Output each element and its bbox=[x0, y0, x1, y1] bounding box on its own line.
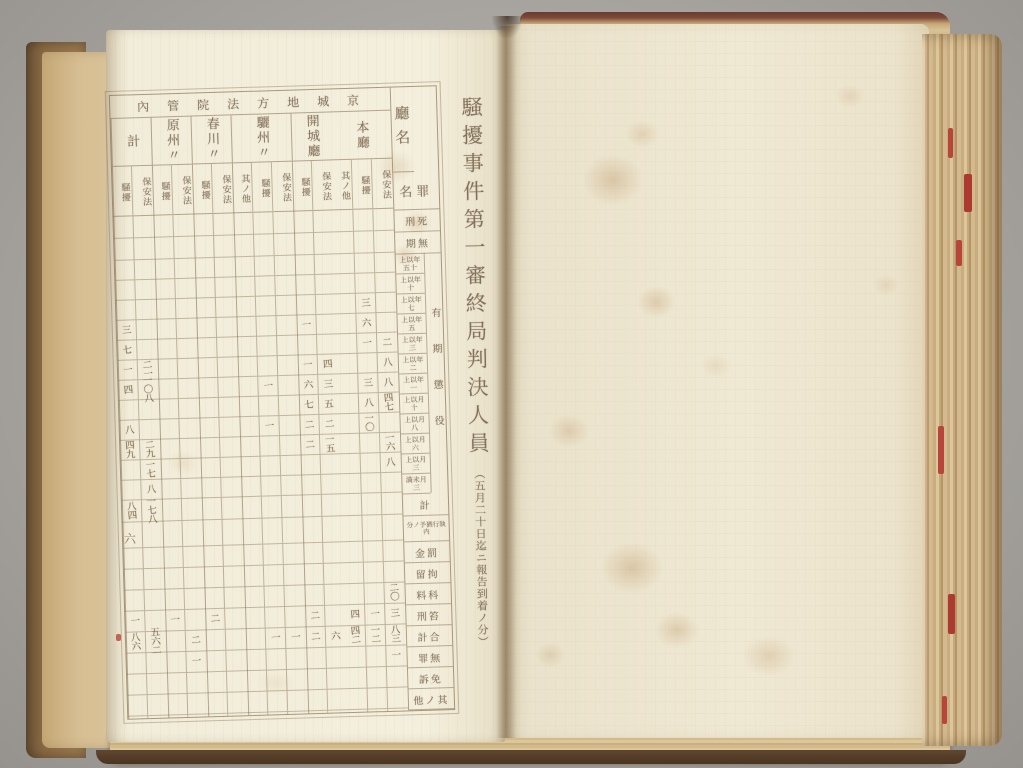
table-cell bbox=[265, 607, 285, 629]
cell-value: 五 bbox=[323, 399, 336, 409]
table-cell bbox=[137, 340, 158, 361]
table-cell bbox=[308, 690, 328, 712]
table-cell bbox=[162, 499, 182, 522]
table-cell bbox=[293, 211, 313, 234]
table-cell bbox=[382, 514, 403, 541]
table-cell bbox=[239, 397, 259, 418]
page-title-note: （五月二十日迄ニ報告到着ノ分） bbox=[471, 468, 491, 648]
table-cell bbox=[179, 398, 200, 419]
table-cell bbox=[373, 209, 394, 232]
table-cell bbox=[176, 319, 197, 340]
table-cell bbox=[215, 277, 236, 298]
crime-name: 其ノ他 bbox=[332, 160, 352, 211]
table-cell bbox=[314, 232, 335, 255]
table-cell bbox=[224, 566, 245, 588]
table-cell bbox=[344, 563, 364, 585]
cell-value: 二 bbox=[323, 419, 336, 429]
table-cell bbox=[203, 546, 223, 568]
table-cell bbox=[258, 356, 278, 377]
table-columns: 廳名名罪刑死期無上以年五十上以年十上以年七上以年五上以年三上以年二上以年一上以月… bbox=[110, 86, 454, 718]
table-cell bbox=[238, 377, 258, 398]
table-cell bbox=[226, 650, 247, 672]
table-cell bbox=[195, 278, 215, 299]
cell-value: 七 bbox=[121, 345, 134, 355]
table-cell bbox=[322, 516, 343, 543]
table-cell bbox=[374, 231, 395, 254]
foxing-stain bbox=[583, 154, 643, 206]
table-cell: 一 bbox=[165, 610, 185, 632]
table-cell: 二 bbox=[186, 630, 207, 652]
table-cell bbox=[121, 480, 141, 501]
spine-gutter-shadow bbox=[496, 26, 516, 738]
table-cell: 八 bbox=[119, 420, 139, 441]
table-cell bbox=[343, 542, 363, 564]
table-cell bbox=[154, 237, 174, 260]
table-cell bbox=[119, 400, 139, 421]
row-label-合計: 計合 bbox=[407, 625, 453, 647]
table-cell bbox=[216, 317, 237, 338]
table-cell bbox=[295, 275, 315, 296]
table-cell: 一五 bbox=[320, 434, 341, 455]
row-label-罰金: 金罰 bbox=[404, 541, 450, 563]
table-cell bbox=[168, 694, 188, 716]
cell-value: 一 bbox=[390, 651, 403, 661]
table-cell: 一 bbox=[258, 376, 278, 397]
cell-value: 八四 bbox=[125, 502, 138, 521]
table-cell bbox=[194, 236, 214, 259]
table-cell bbox=[214, 235, 235, 258]
table-cell: 二 bbox=[306, 627, 326, 649]
table-cell: 一〇 bbox=[359, 413, 379, 434]
table-cell bbox=[239, 417, 259, 438]
table-cell bbox=[267, 670, 287, 692]
table-cell bbox=[200, 438, 220, 459]
table-cell bbox=[334, 232, 354, 255]
table-data-area: 內管院法方地城京本廳保安法二八八四七一六八二〇三八三一騒擾三六一三八一〇一一二其… bbox=[110, 88, 408, 719]
cell-value: 一七八 bbox=[145, 496, 159, 524]
table-cell: 四 bbox=[345, 605, 365, 627]
cell-value: 一六 bbox=[384, 433, 397, 452]
table-cell: 二 bbox=[377, 333, 398, 354]
table-cell bbox=[276, 296, 297, 317]
table-cell bbox=[182, 498, 203, 521]
cell-value: 一 bbox=[290, 633, 303, 643]
table-cell bbox=[275, 256, 296, 277]
table-cell bbox=[134, 238, 155, 261]
table-cell: 八三 bbox=[386, 624, 407, 646]
table-cell bbox=[158, 359, 178, 380]
table-cell bbox=[202, 498, 222, 521]
table-cell bbox=[255, 276, 275, 297]
table-cell bbox=[207, 672, 227, 694]
table-cell: 八六 bbox=[126, 632, 146, 654]
red-edge-marker bbox=[948, 594, 955, 634]
table-cell: 二九 bbox=[140, 440, 161, 461]
table-cell bbox=[286, 648, 307, 670]
table-cell bbox=[244, 587, 264, 609]
red-edge-marker bbox=[964, 174, 972, 212]
row-label-三月以上: 上以月三 bbox=[402, 454, 431, 475]
row-label-三年以上: 上以年三 bbox=[398, 334, 427, 355]
table-cell bbox=[177, 338, 198, 359]
table-cell bbox=[316, 294, 337, 315]
red-edge-marker bbox=[942, 696, 947, 724]
table-cell bbox=[123, 548, 143, 570]
table-cell bbox=[282, 495, 303, 518]
table-cell bbox=[176, 299, 197, 320]
row-label-二年以上: 上以年二 bbox=[399, 354, 428, 375]
crime-name: 保安法 bbox=[212, 163, 233, 214]
table-cell: 一 bbox=[365, 604, 385, 626]
cell-value: 一〇 bbox=[362, 413, 375, 432]
table-cell bbox=[125, 590, 145, 612]
table-cell bbox=[264, 565, 284, 587]
page-number-note: 六 bbox=[124, 530, 136, 547]
table-cell bbox=[295, 255, 315, 276]
cell-value: 三 bbox=[359, 298, 372, 308]
cell-value: 一 bbox=[129, 616, 142, 626]
table-cell bbox=[276, 316, 297, 337]
crime-name: 騒擾 bbox=[112, 166, 132, 217]
table-cell bbox=[242, 519, 262, 546]
table-cell bbox=[133, 216, 154, 239]
table-cell bbox=[126, 653, 146, 675]
row-label-科料: 料科 bbox=[405, 583, 451, 605]
table-cell bbox=[302, 517, 322, 544]
red-ink-speck bbox=[116, 634, 121, 641]
cell-value: 三 bbox=[322, 379, 335, 389]
table-cell bbox=[326, 647, 347, 669]
table-cell bbox=[184, 567, 205, 589]
cell-value: 八 bbox=[384, 457, 397, 467]
table-cell bbox=[160, 439, 180, 460]
table-cell bbox=[167, 673, 187, 695]
table-cell bbox=[145, 590, 166, 612]
table-cell bbox=[339, 394, 359, 415]
table-cell bbox=[226, 629, 247, 651]
table-cell bbox=[124, 569, 144, 591]
table-cell bbox=[256, 316, 276, 337]
table-cell bbox=[316, 314, 337, 335]
red-edge-marker bbox=[948, 128, 953, 158]
cell-value: 二 bbox=[309, 611, 322, 621]
table-cell: 四七 bbox=[379, 393, 400, 414]
table-cell bbox=[162, 521, 182, 548]
table-cell bbox=[139, 420, 160, 441]
cell-value: 一 bbox=[121, 365, 134, 375]
red-edge-marker bbox=[956, 240, 962, 266]
cell-value: 五六二 bbox=[149, 628, 163, 656]
table-cell bbox=[324, 584, 345, 606]
foxing-stain bbox=[873, 274, 899, 296]
table-cell bbox=[241, 457, 261, 478]
open-book: 廳名名罪刑死期無上以年五十上以年十上以年七上以年五上以年三上以年二上以年一上以月… bbox=[0, 0, 1023, 768]
cell-value: 一 bbox=[169, 615, 182, 625]
table-cell bbox=[199, 398, 219, 419]
table-cell bbox=[155, 259, 175, 280]
table-cell bbox=[139, 400, 160, 421]
table-cell bbox=[260, 436, 280, 457]
table-cell: 一 bbox=[296, 315, 316, 336]
table-cell bbox=[279, 415, 300, 436]
table-cell bbox=[175, 259, 196, 280]
table-cell bbox=[339, 414, 359, 435]
table-cell bbox=[114, 238, 134, 261]
table-cell bbox=[353, 209, 373, 232]
table-cell: 七 bbox=[117, 340, 137, 361]
cell-value: 一 bbox=[360, 338, 373, 348]
cell-value: 八 bbox=[382, 377, 395, 387]
table-cell bbox=[296, 295, 316, 316]
table-cell bbox=[259, 396, 279, 417]
table-cell bbox=[261, 476, 281, 497]
table-cell bbox=[219, 417, 240, 438]
table-cell bbox=[379, 413, 400, 434]
table-cell bbox=[201, 478, 221, 499]
table-cell bbox=[156, 299, 176, 320]
table-cell bbox=[173, 215, 194, 238]
table-cell bbox=[321, 474, 342, 495]
table-cell bbox=[195, 258, 215, 279]
cell-value: 三 bbox=[362, 378, 375, 388]
table-cell bbox=[208, 693, 228, 715]
table-cell bbox=[219, 397, 240, 418]
table-cell bbox=[302, 495, 322, 518]
table-cell bbox=[282, 517, 303, 544]
table-cell bbox=[236, 317, 256, 338]
table-cell bbox=[216, 297, 237, 318]
row-label-一年以上: 上以年一 bbox=[399, 374, 428, 395]
table-cell bbox=[147, 674, 168, 696]
table-cell bbox=[327, 668, 348, 690]
cell-value: 八 bbox=[362, 398, 375, 408]
right-page-blank bbox=[505, 24, 929, 738]
table-cell bbox=[246, 629, 266, 651]
table-cell bbox=[161, 459, 181, 480]
office-name: 計 bbox=[112, 118, 152, 167]
table-cell bbox=[261, 456, 281, 477]
table-cell: 七 bbox=[299, 395, 319, 416]
table-cell bbox=[202, 520, 222, 547]
table-cell bbox=[221, 477, 242, 498]
table-cell bbox=[268, 691, 288, 713]
table-cell bbox=[178, 378, 199, 399]
table-cell bbox=[136, 320, 157, 341]
table-cell bbox=[304, 564, 324, 586]
table-cell bbox=[163, 547, 183, 569]
foxing-stain bbox=[549, 414, 589, 448]
table-cell bbox=[113, 216, 133, 239]
row-label-死刑: 刑死 bbox=[394, 209, 440, 232]
table-cell bbox=[361, 453, 381, 474]
office-columns: 本廳保安法二八八四七一六八二〇三八三一騒擾三六一三八一〇一一二其ノ他四四二開城廳… bbox=[111, 111, 409, 719]
table-cell bbox=[257, 336, 277, 357]
table-cell: 二 bbox=[300, 435, 320, 456]
crime-name: 保安法 bbox=[272, 162, 293, 213]
table-cell bbox=[315, 274, 336, 295]
table-cell bbox=[220, 437, 241, 458]
table-cell bbox=[201, 458, 221, 479]
table-cell bbox=[148, 695, 169, 717]
table-cell bbox=[254, 234, 274, 257]
table-cell bbox=[264, 586, 284, 608]
table-cell bbox=[155, 279, 175, 300]
crime-name: 保安法 bbox=[372, 159, 393, 210]
table-cell bbox=[153, 215, 173, 238]
table-cell bbox=[303, 543, 323, 565]
table-cell bbox=[328, 689, 349, 711]
table-cell bbox=[256, 296, 276, 317]
table-cell bbox=[183, 546, 204, 568]
table-cell bbox=[242, 497, 262, 520]
cell-value: 四 bbox=[122, 385, 135, 395]
table-cell bbox=[166, 652, 186, 674]
table-cell bbox=[304, 585, 324, 607]
cell-value: 一 bbox=[263, 421, 276, 431]
table-cell bbox=[243, 545, 263, 567]
table-cell bbox=[235, 277, 255, 298]
table-cell bbox=[196, 318, 216, 339]
table-cell bbox=[301, 475, 321, 496]
cell-value: 二九 bbox=[144, 440, 157, 459]
table-cell bbox=[366, 646, 386, 668]
table-cell bbox=[317, 334, 338, 355]
table-cell: 一 bbox=[266, 628, 286, 650]
foxing-stain bbox=[701, 354, 731, 378]
table-cell bbox=[263, 544, 283, 566]
table-cell bbox=[341, 474, 361, 495]
table-cell: 六 bbox=[326, 626, 347, 648]
table-cell bbox=[388, 687, 409, 709]
table-cell: 五六二 bbox=[146, 632, 167, 654]
crime-name: 騒擾 bbox=[192, 164, 212, 215]
office-name: 開城廳 bbox=[291, 112, 331, 161]
table-cell bbox=[188, 693, 209, 715]
cell-value: 一五 bbox=[324, 435, 337, 454]
cell-value: 一 bbox=[269, 633, 282, 643]
table-cell bbox=[199, 418, 219, 439]
table-cell bbox=[143, 548, 164, 570]
table-cell bbox=[354, 231, 374, 254]
table-cell bbox=[355, 253, 375, 274]
cell-value: 二 bbox=[190, 636, 203, 646]
table-cell bbox=[156, 319, 176, 340]
table-cell bbox=[244, 566, 264, 588]
cell-value: 八三 bbox=[389, 625, 402, 644]
photo-of-open-ledger: 廳名名罪刑死期無上以年五十上以年十上以年七上以年五上以年三上以年二上以年一上以月… bbox=[0, 0, 1023, 768]
table-cell bbox=[335, 274, 355, 295]
row-label-無期: 期無 bbox=[395, 231, 441, 254]
table-cell bbox=[341, 454, 361, 475]
table-cell bbox=[157, 339, 177, 360]
table-cell bbox=[180, 438, 201, 459]
cell-value: 二 bbox=[381, 337, 394, 347]
table-cell: 一 bbox=[286, 627, 307, 649]
row-label-八月以上: 上以月八 bbox=[400, 414, 429, 435]
table-cell bbox=[279, 395, 300, 416]
row-label-笞刑: 刑笞 bbox=[406, 604, 452, 626]
table-cell: 八 bbox=[378, 353, 399, 374]
table-cell bbox=[206, 651, 226, 673]
crime-name: 騒擾 bbox=[292, 161, 312, 212]
table-cell: 二〇 bbox=[384, 582, 405, 604]
table-cell bbox=[135, 280, 156, 301]
table-cell: 一〇八 bbox=[138, 380, 159, 401]
table-cell: 一 bbox=[118, 360, 138, 381]
table-cell bbox=[196, 298, 216, 319]
table-cell bbox=[324, 563, 345, 585]
table-cell bbox=[218, 377, 239, 398]
table-cell bbox=[306, 648, 326, 670]
foxing-stain bbox=[637, 286, 675, 318]
table-cell bbox=[336, 294, 356, 315]
table-cell bbox=[213, 213, 234, 236]
cell-value: 八六 bbox=[129, 633, 142, 652]
table-cell bbox=[144, 569, 165, 591]
row-label-六月以上: 上以月六 bbox=[401, 434, 430, 455]
cell-value: 六 bbox=[302, 380, 315, 390]
table-cell bbox=[275, 276, 296, 297]
table-cell bbox=[384, 561, 405, 583]
table-cell bbox=[285, 606, 306, 628]
row-label-十月以上: 上以月十 bbox=[400, 394, 429, 415]
table-cell bbox=[262, 496, 282, 519]
table-cell bbox=[234, 235, 254, 258]
table-cell bbox=[161, 479, 181, 500]
cell-value: 一 bbox=[262, 381, 275, 391]
table-cell bbox=[253, 212, 273, 235]
table-cell bbox=[225, 608, 246, 630]
table-cell: 六 bbox=[298, 375, 318, 396]
table-cell bbox=[204, 588, 224, 610]
cell-value: 一 bbox=[301, 360, 314, 370]
table-cell bbox=[115, 260, 135, 281]
cell-value: 一 bbox=[368, 609, 381, 619]
cell-value: 四二 bbox=[349, 626, 362, 645]
table-cell bbox=[340, 434, 360, 455]
table-cell bbox=[337, 334, 357, 355]
foxing-stain bbox=[625, 120, 659, 148]
table-cell bbox=[182, 520, 203, 547]
cell-value: 八 bbox=[382, 357, 395, 367]
table-cell bbox=[135, 260, 156, 281]
table-cell bbox=[333, 210, 353, 233]
row-label-十年以上: 上以年十 bbox=[396, 274, 425, 295]
table-cell bbox=[375, 273, 396, 294]
cell-value: 四七 bbox=[382, 393, 395, 412]
table-cell bbox=[247, 671, 267, 693]
table-cell bbox=[246, 650, 266, 672]
cell-value: 二 bbox=[209, 614, 222, 624]
office-name: 春川〃 bbox=[191, 115, 231, 164]
table-cell bbox=[281, 455, 302, 476]
table-cell bbox=[360, 433, 380, 454]
red-edge-marker bbox=[938, 426, 944, 474]
table-cell bbox=[136, 300, 157, 321]
table-cell bbox=[346, 647, 366, 669]
table-cell bbox=[255, 256, 275, 277]
row-label-免訴: 訴免 bbox=[408, 667, 454, 689]
cell-value: 一 bbox=[300, 320, 313, 330]
table-cell bbox=[185, 609, 206, 631]
table-cell bbox=[235, 257, 255, 278]
table-cell bbox=[128, 695, 148, 717]
table-cell bbox=[280, 435, 301, 456]
table-cell bbox=[217, 337, 238, 358]
table-cell bbox=[198, 378, 218, 399]
table-cell bbox=[323, 542, 344, 564]
crime-name: 騒擾 bbox=[252, 162, 272, 213]
